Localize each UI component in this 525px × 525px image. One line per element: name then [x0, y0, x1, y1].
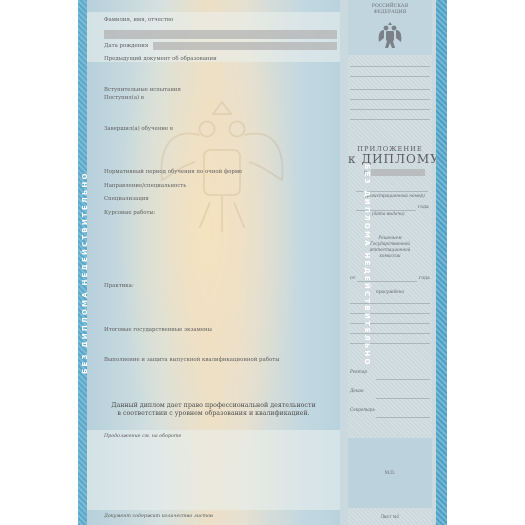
side-rule — [350, 313, 430, 314]
field-state-exams-label: Итоговые государственные экзамены — [104, 327, 212, 333]
full-name-redacted-value — [104, 30, 337, 39]
field-enrolled-label: Поступил(а) в — [104, 95, 144, 101]
diploma-appendix-sheet: БЕЗ ДИПЛОМА НЕДЕЙСТВИТЕЛЬНО Фамилия, имя… — [78, 0, 447, 525]
side-rule — [350, 333, 430, 334]
right-security-strip: БЕЗ ДИПЛОМА НЕДЕЙСТВИТЕЛЬНО — [436, 0, 447, 525]
rights-statement-line2: в соответствии с уровнем образования и к… — [87, 409, 340, 418]
strip-text-right: БЕЗ ДИПЛОМА НЕДЕЙСТВИТЕЛЬНО — [363, 164, 371, 324]
birth-date-redacted-value — [153, 42, 337, 50]
field-period-label: Нормативный период обучения по очной фор… — [104, 169, 242, 175]
decision-line1: Решением — [348, 235, 432, 240]
decision-line3: аттестационной — [348, 247, 432, 252]
secretary-label: Секретарь — [350, 407, 375, 412]
field-full-name-label: Фамилия, имя, отчество — [104, 17, 173, 23]
field-thesis-label: Выполнение и защита выпускной квалификац… — [104, 357, 280, 363]
side-rule — [350, 76, 430, 77]
decision-line2: Государственной — [348, 241, 432, 246]
field-completed-label: Завершил(а) обучение в — [104, 126, 173, 132]
field-coursework-label: Курсовые работы: — [104, 210, 156, 216]
federation-title-line1: РОССИЙСКАЯ — [348, 4, 432, 10]
secretary-signature-line — [376, 417, 430, 418]
awarded-label: присуждена — [348, 289, 432, 294]
year-suffix: года — [418, 205, 429, 210]
field-specialization-label: Специализация — [104, 196, 149, 202]
side-rule — [350, 89, 430, 90]
year-label: года — [419, 276, 430, 281]
rector-label: Ректор — [350, 369, 367, 374]
sheet-number-label: Лист №1 — [348, 514, 432, 519]
footer-band — [87, 430, 340, 510]
diploma-title: к ДИПЛОМУ — [348, 152, 432, 166]
main-panel: Фамилия, имя, отчество Дата рождения Пре… — [87, 0, 340, 525]
side-rule — [350, 343, 430, 344]
diploma-number-redacted — [371, 169, 425, 176]
side-panel: РОССИЙСКАЯ ФЕДЕРАЦИЯ ПРИЛОЖЕНИЕ к ДИПЛОМ… — [340, 0, 436, 525]
dean-signature-line — [376, 398, 430, 399]
stamp-label: М.П. — [348, 470, 432, 475]
field-prev-doc-label: Предыдущий документ об образовании — [104, 56, 217, 62]
continued-note: Продолжение см. на обороте — [104, 434, 181, 439]
field-specialty-label: Направление/специальность — [104, 183, 186, 189]
side-rule — [350, 109, 430, 110]
field-birth-date-label: Дата рождения — [104, 43, 148, 49]
field-entrance-exams-label: Вступительные испытания — [104, 87, 181, 93]
from-label: от — [350, 276, 355, 281]
left-security-strip: БЕЗ ДИПЛОМА НЕДЕЙСТВИТЕЛЬНО — [78, 0, 87, 525]
side-rule — [350, 303, 430, 304]
sheets-count-note: Документ содержит количество листов — [104, 514, 213, 519]
side-rule — [350, 66, 430, 67]
issue-date-caption: (дата выдачи) — [372, 211, 405, 216]
federation-title-line2: ФЕДЕРАЦИЯ — [348, 10, 432, 16]
eagle-watermark-icon — [147, 90, 297, 240]
side-rule — [350, 99, 430, 100]
field-practice-label: Практика: — [104, 283, 134, 289]
rector-signature-line — [376, 379, 430, 380]
side-rule — [350, 323, 430, 324]
decision-line4: комиссии — [348, 253, 432, 258]
reg-number-caption: (регистрационный номер) — [365, 193, 425, 198]
dean-label: Декан — [350, 388, 364, 393]
double-headed-eagle-icon — [378, 20, 402, 50]
side-rule — [350, 119, 430, 120]
